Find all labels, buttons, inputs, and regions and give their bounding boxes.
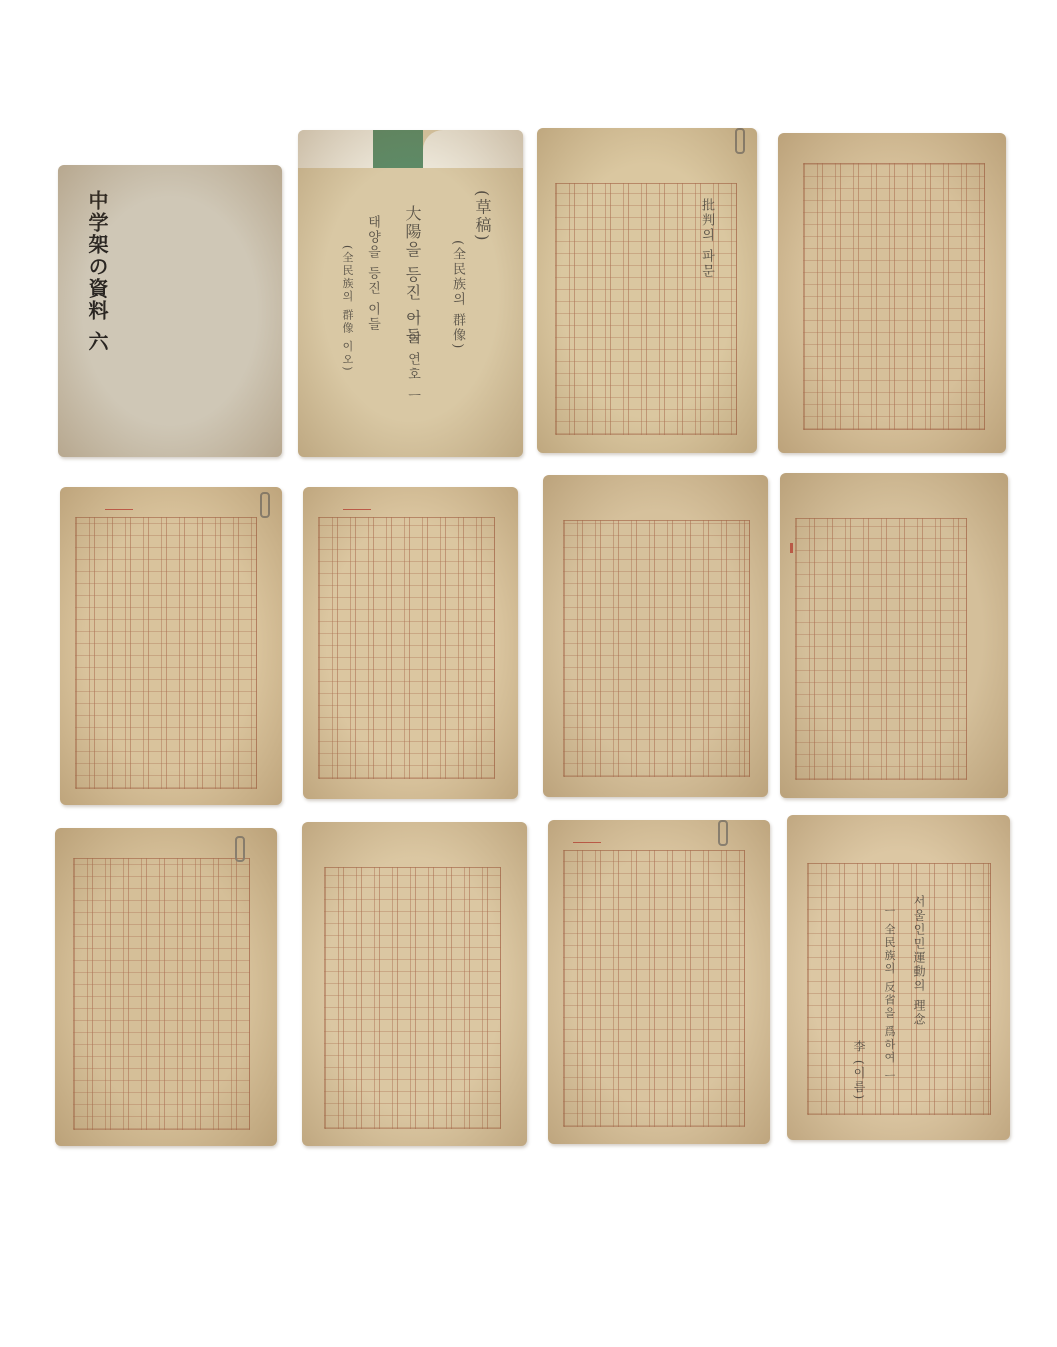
manuscript-grid xyxy=(803,163,985,430)
paper-clip xyxy=(235,836,245,862)
manuscript-page-4 xyxy=(778,133,1006,453)
draft-line-4: 태양을 등진 이들 xyxy=(361,215,383,332)
manuscript-page-11 xyxy=(548,820,770,1144)
manuscript-grid xyxy=(318,517,495,779)
red-mark xyxy=(573,842,601,843)
red-mark xyxy=(790,543,793,553)
manuscript-page-5 xyxy=(60,487,282,805)
manuscript-grid xyxy=(324,867,501,1129)
subtitle-line: ㅡ 全民族의 反省을 爲하여 ㅡ xyxy=(878,905,900,1083)
manuscript-page-9 xyxy=(55,828,277,1146)
manuscript-grid xyxy=(563,850,745,1127)
draft-line-5: (全民族의 群像 이오) xyxy=(336,245,358,373)
manuscript-title: 批判의 파문 xyxy=(695,198,717,279)
cover-page: 中学架の資料 六 xyxy=(58,165,282,457)
paper-clip xyxy=(718,820,728,846)
red-mark xyxy=(105,509,133,510)
manuscript-grid xyxy=(73,858,250,1130)
title-line: 서울인민運動의 理念 xyxy=(908,895,930,1027)
manuscript-page-10 xyxy=(302,822,527,1146)
manuscript-grid xyxy=(75,517,257,789)
manuscript-page-3: 批判의 파문 xyxy=(537,128,757,453)
draft-line-1: (全民族의 群像) xyxy=(446,240,468,350)
green-tab xyxy=(373,130,423,168)
title-manuscript-page: 서울인민運動의 理念 ㅡ 全民族의 反省을 爲하여 ㅡ 李 (이름) xyxy=(787,815,1010,1140)
folder-tab-left xyxy=(298,130,373,168)
manuscript-page-6 xyxy=(303,487,518,799)
author-line: 李 (이름) xyxy=(848,1040,870,1101)
draft-title-page: (草稿) (全民族의 群像) 大陽을 등진 이들 ㅡ 이 연호 ㅡ 태양을 등진… xyxy=(298,130,523,457)
draft-label: (草稿) xyxy=(471,190,493,242)
cover-title: 中学架の資料 六 xyxy=(83,190,112,353)
manuscript-page-8 xyxy=(780,473,1008,798)
paper-clip xyxy=(735,128,745,154)
manuscript-grid xyxy=(795,518,967,780)
manuscript-page-7 xyxy=(543,475,768,797)
paper-clip xyxy=(260,492,270,518)
red-mark xyxy=(343,509,371,510)
manuscript-grid xyxy=(563,520,750,777)
draft-line-3: ㅡ 이 연호 ㅡ xyxy=(401,310,423,403)
folder-tab-right xyxy=(423,130,523,168)
